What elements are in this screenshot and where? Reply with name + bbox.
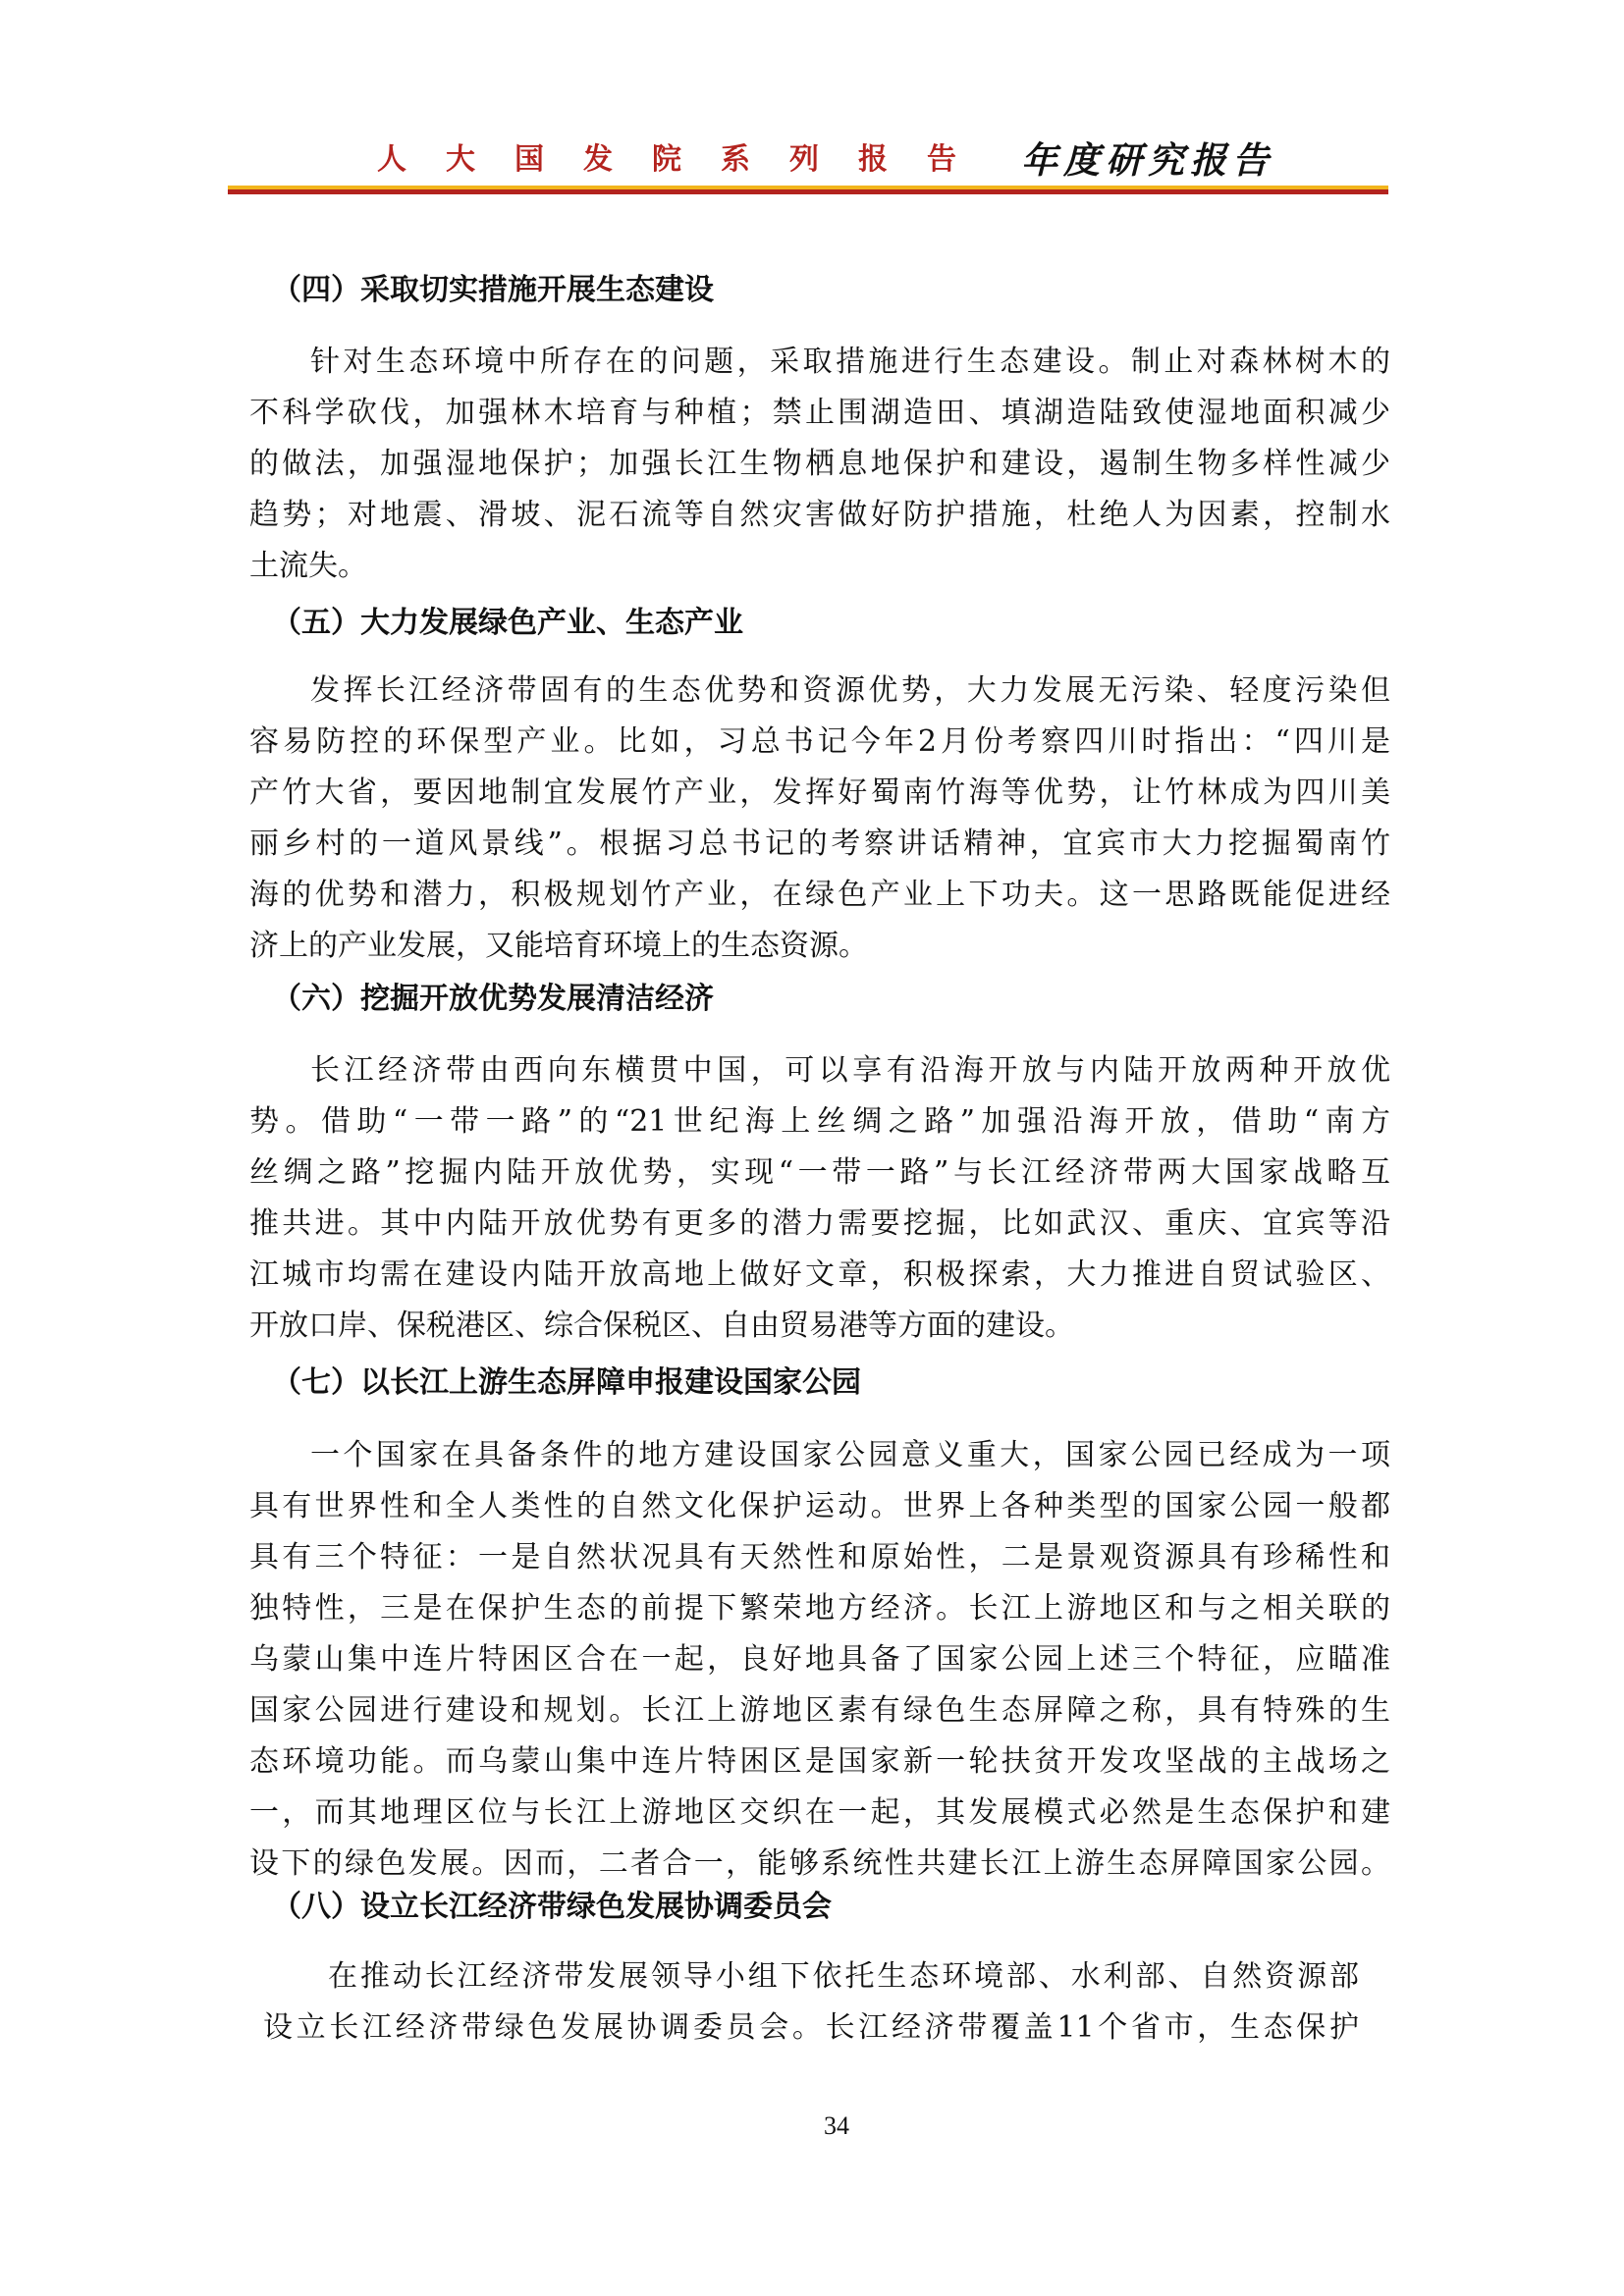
text-line: 具有世界性和全人类性的自然文化保护运动。世界上各种类型的国家公园一般都 (249, 1481, 1390, 1532)
section-heading-8: （八）设立长江经济带绿色发展协调委员会 (272, 1888, 832, 1927)
text-line: 开放口岸、保税港区、综合保税区、自由贸易港等方面的建设。 (249, 1301, 1390, 1352)
text-line: 势。借助“一带一路”的“21世纪海上丝绸之路”加强沿海开放，借助“南方 (249, 1096, 1390, 1148)
text-line: 济上的产业发展，又能培育环境上的生态资源。 (249, 921, 1390, 972)
text-line: 产竹大省，要因地制宜发展竹产业，发挥好蜀南竹海等优势，让竹林成为四川美 (249, 768, 1390, 819)
text-line: 设立长江经济带绿色发展协调委员会。长江经济带覆盖11个省市，生态保护 (263, 2002, 1359, 2054)
text-line: 江城市均需在建设内陆开放高地上做好文章，积极探索，大力推进自贸试验区、 (249, 1250, 1390, 1301)
text-line: 态环境功能。而乌蒙山集中连片特困区是国家新一轮扶贫开发攻坚战的主战场之 (249, 1736, 1390, 1788)
text-line: 海的优势和潜力，积极规划竹产业，在绿色产业上下功夫。这一思路既能促进经 (249, 870, 1390, 921)
report-series-title: 人大国发院系列报告 (377, 141, 996, 179)
text-line: 具有三个特征：一是自然状况具有天然性和原始性，二是景观资源具有珍稀性和 (249, 1532, 1390, 1583)
section-body-8: 在推动长江经济带发展领导小组下依托生态环境部、水利部、自然资源部 设立长江经济带… (263, 1951, 1359, 2054)
text-line: 趋势；对地震、滑坡、泥石流等自然灾害做好防护措施，杜绝人为因素，控制水 (249, 490, 1390, 541)
header-rule-red (228, 189, 1388, 194)
text-line: 一个国家在具备条件的地方建设国家公园意义重大，国家公园已经成为一项 (249, 1430, 1390, 1481)
annual-report-title: 年度研究报告 (1021, 137, 1274, 183)
text-line: 推共进。其中内陆开放优势有更多的潜力需要挖掘，比如武汉、重庆、宜宾等沿 (249, 1199, 1390, 1250)
section-body-5: 发挥长江经济带固有的生态优势和资源优势，大力发展无污染、轻度污染但 容易防控的环… (249, 666, 1390, 972)
section-body-7: 一个国家在具备条件的地方建设国家公园意义重大，国家公园已经成为一项 具有世界性和… (249, 1430, 1390, 1890)
text-line: 国家公园进行建设和规划。长江上游地区素有绿色生态屏障之称，具有特殊的生 (249, 1685, 1390, 1736)
section-heading-6: （六）挖掘开放优势发展清洁经济 (272, 980, 714, 1019)
text-line: 独特性，三是在保护生态的前提下繁荣地方经济。长江上游地区和与之相关联的 (249, 1583, 1390, 1634)
text-line: 不科学砍伐，加强林木培育与种植；禁止围湖造田、填湖造陆致使湿地面积减少 (249, 388, 1390, 439)
section-body-6: 长江经济带由西向东横贯中国，可以享有沿海开放与内陆开放两种开放优 势。借助“一带… (249, 1045, 1390, 1352)
text-line: 设下的绿色发展。因而，二者合一，能够系统性共建长江上游生态屏障国家公园。 (249, 1839, 1390, 1890)
text-line: 在推动长江经济带发展领导小组下依托生态环境部、水利部、自然资源部 (263, 1951, 1359, 2002)
section-heading-7: （七）以长江上游生态屏障申报建设国家公园 (272, 1363, 861, 1403)
document-page: 人大国发院系列报告 年度研究报告 （四）采取切实措施开展生态建设 针对生态环境中… (0, 0, 1624, 2296)
text-line: 容易防控的环保型产业。比如，习总书记今年2月份考察四川时指出：“四川是 (249, 717, 1390, 768)
text-line: 乌蒙山集中连片特困区合在一起，良好地具备了国家公园上述三个特征，应瞄准 (249, 1634, 1390, 1685)
section-heading-4: （四）采取切实措施开展生态建设 (272, 271, 714, 310)
text-line: 针对生态环境中所存在的问题，采取措施进行生态建设。制止对森林树木的 (249, 337, 1390, 388)
text-line: 长江经济带由西向东横贯中国，可以享有沿海开放与内陆开放两种开放优 (249, 1045, 1390, 1096)
section-body-4: 针对生态环境中所存在的问题，采取措施进行生态建设。制止对森林树木的 不科学砍伐，… (249, 337, 1390, 592)
page-number: 34 (785, 2110, 888, 2142)
text-line: 土流失。 (249, 541, 1390, 592)
text-line: 的做法，加强湿地保护；加强长江生物栖息地保护和建设，遏制生物多样性减少 (249, 439, 1390, 490)
section-heading-5: （五）大力发展绿色产业、生态产业 (272, 604, 743, 643)
text-line: 一，而其地理区位与长江上游地区交织在一起，其发展模式必然是生态保护和建 (249, 1788, 1390, 1839)
text-line: 发挥长江经济带固有的生态优势和资源优势，大力发展无污染、轻度污染但 (249, 666, 1390, 717)
text-line: 丝绸之路”挖掘内陆开放优势，实现“一带一路”与长江经济带两大国家战略互 (249, 1148, 1390, 1199)
text-line: 丽乡村的一道风景线”。根据习总书记的考察讲话精神，宜宾市大力挖掘蜀南竹 (249, 819, 1390, 870)
